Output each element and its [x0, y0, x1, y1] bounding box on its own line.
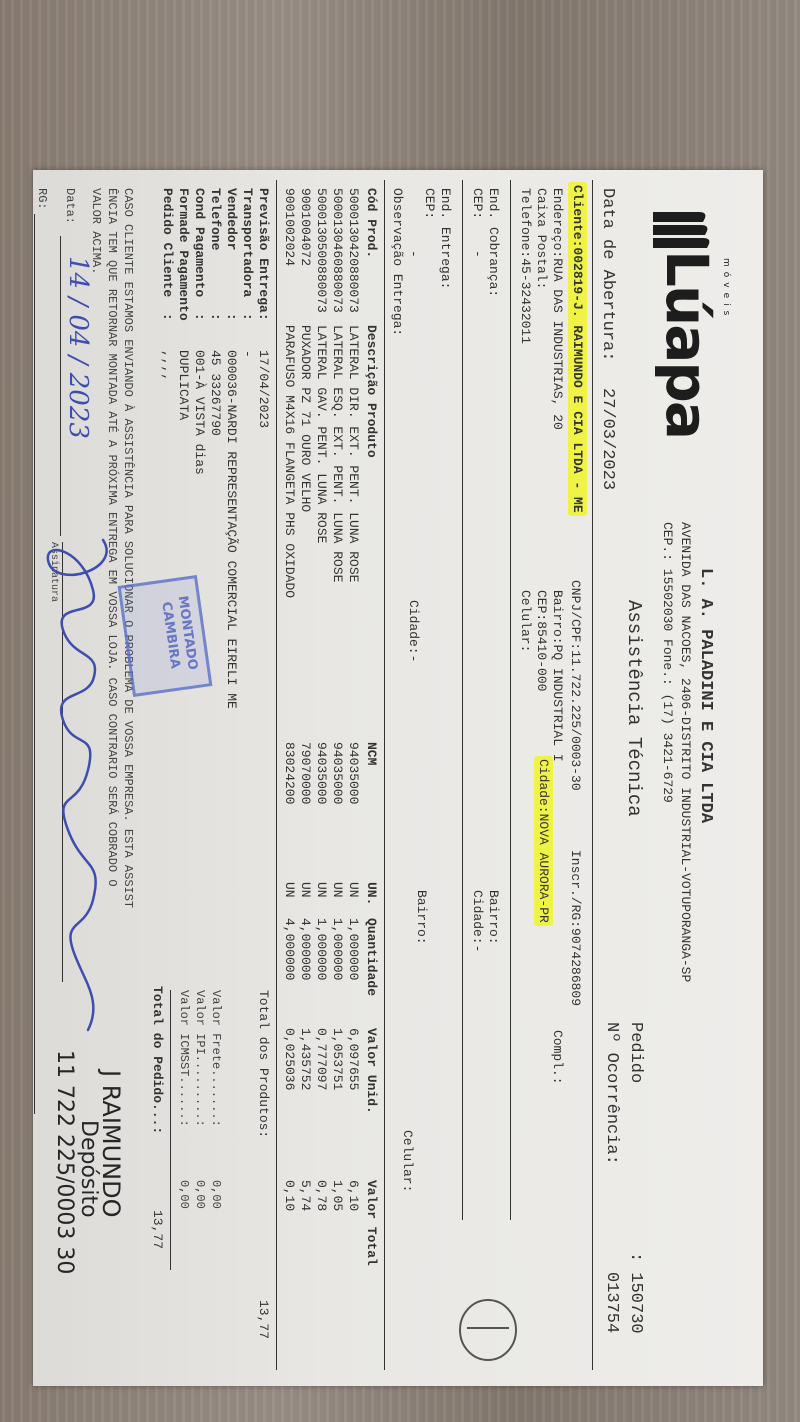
- client-cep: CEP:85410-000: [534, 590, 549, 691]
- table-header: Valor Total: [364, 1180, 379, 1266]
- table-cell: 1,000000: [330, 918, 345, 980]
- table-cell: LATERAL DIR. EXT. PENT. LUNA ROSE: [346, 325, 361, 582]
- ocorrencia-label: Nº Ocorrência:: [602, 1022, 621, 1165]
- notice-line-1: CASO CLIENTE ESTAMOS ENVIANDO À ASSISTÊN…: [121, 188, 135, 908]
- pedido-label: Pedido: [626, 1022, 645, 1083]
- cobranca-address-label: End. Cobrança:: [486, 188, 501, 297]
- opening-date: 27/03/2023: [598, 388, 617, 490]
- table-cell: 0,78: [314, 1180, 329, 1211]
- circled-number-icon: [453, 1290, 523, 1370]
- logo-subtitle: móveis: [721, 258, 731, 320]
- order-info-label: Pedido Cliente :: [160, 188, 175, 321]
- entrega-cep-label: CEP:: [422, 188, 437, 219]
- order-info-value: -: [240, 350, 255, 358]
- client-phone: Telefone:45-32432011: [518, 188, 533, 344]
- handwritten-signature-icon: [43, 530, 123, 1050]
- table-cell: UN: [346, 882, 361, 898]
- client-city: Cidade:NOVA AURORA-PR: [536, 756, 551, 926]
- table-cell: 0,777097: [314, 1028, 329, 1090]
- order-info-label: Previsão Entrega:: [256, 188, 271, 321]
- table-cell: UN: [314, 882, 329, 898]
- icmsst-value: 0,00: [177, 1180, 191, 1209]
- luapa-logo-icon: [653, 208, 711, 250]
- table-cell: 9001002024: [282, 188, 297, 266]
- total-order-label: Total do Pedido...:: [150, 986, 165, 1134]
- order-info-value: DUPLICATA: [176, 350, 191, 420]
- ocorrencia-number: 013754: [602, 1272, 621, 1333]
- entrega-cep-value: -: [406, 250, 421, 258]
- company-cep-phone: CEP.: 15502030 Fone.: (17) 3421-6729: [660, 522, 675, 803]
- total-order-value: 13,77: [150, 1210, 165, 1249]
- table-cell: 9001004072: [298, 188, 313, 266]
- cobranca-bairro-label: Bairro:: [486, 890, 501, 945]
- table-cell: 4,000000: [282, 918, 297, 980]
- frete-value: 0,00: [209, 1180, 223, 1209]
- table-cell: UN: [330, 882, 345, 898]
- table-cell: 94035000: [314, 742, 329, 804]
- client-inscricao: Inscr./RG:9074286809: [568, 850, 583, 1006]
- rg-line: [34, 214, 35, 1114]
- divider: [384, 180, 385, 1370]
- table-header: NCM: [364, 742, 379, 765]
- client-bairro: Bairro:PQ INDUSTRIAL I: [550, 590, 565, 762]
- opening-date-label: Data de Abertura:: [598, 188, 617, 361]
- table-cell: 6,097655: [346, 1028, 361, 1090]
- table-cell: 0,025036: [282, 1028, 297, 1090]
- table-cell: 1,053751: [330, 1028, 345, 1090]
- total-products-label: Total dos Produtos:: [256, 990, 271, 1138]
- order-info-value: 17/04/2023: [256, 350, 271, 428]
- table-cell: LATERAL GAV. PENT. LUNA ROSE: [314, 325, 329, 543]
- company-stamp: J RAIMUNDO: [99, 1070, 123, 1218]
- table-cell: 5000130460880073: [330, 188, 345, 313]
- table-cell: 6,10: [346, 1180, 361, 1211]
- table-cell: 1,05: [330, 1180, 345, 1211]
- company-stamp-cnpj: 11 722 225/0003 30: [53, 1050, 75, 1274]
- ipi-value: 0,00: [193, 1180, 207, 1209]
- blue-ink-stamp: MONTADO CAMBIRA: [118, 575, 213, 697]
- entrega-bairro-label: Bairro:: [414, 890, 429, 945]
- order-info-label: Formade Pagamento: [176, 188, 191, 321]
- assistencia-tecnica-document: móveis Lúapa L. A. PALADINI E CIA LTDA A…: [33, 170, 763, 1386]
- ipi-label: Valor IPI.........:: [193, 990, 207, 1127]
- table-cell: UN: [298, 882, 313, 898]
- table-cell: 4,000000: [298, 918, 313, 980]
- table-cell: 5,74: [298, 1180, 313, 1211]
- table-cell: 1,000000: [314, 918, 329, 980]
- table-cell: 94035000: [346, 742, 361, 804]
- table-cell: 94035000: [330, 742, 345, 804]
- divider: [510, 180, 511, 1220]
- order-info-label: Transportadora :: [240, 188, 255, 321]
- rg-label: RG:: [35, 188, 49, 210]
- table-cell: 0,10: [282, 1180, 297, 1211]
- client-address: Endereço:RUA DAS INDUSTRIAS, 20: [550, 188, 565, 430]
- company-stamp-depot: Depósito: [77, 1120, 99, 1218]
- client-name: Cliente:002819-J. RAIMUNDO E CIA LTDA - …: [570, 182, 585, 516]
- date-line: [60, 236, 61, 536]
- divider: [592, 180, 593, 1370]
- table-cell: LATERAL ESQ. EXT. PENT. LUNA ROSE: [330, 325, 345, 582]
- company-name: L. A. PALADINI E CIA LTDA: [696, 568, 715, 823]
- order-info-label: Vendedor :: [224, 188, 239, 321]
- table-cell: 5000130420880073: [346, 188, 361, 313]
- logo-wordmark: Lúapa: [653, 250, 721, 438]
- table-header: Valor Unid.: [364, 1028, 379, 1114]
- order-info-label: Cond Pagamento :: [192, 188, 207, 321]
- table-header: Descrição Produto: [364, 325, 379, 458]
- total-products-value: 13,77: [256, 1300, 271, 1339]
- order-info-label: Telefone :: [208, 188, 223, 321]
- date-label: Data:: [63, 188, 77, 224]
- client-cnpj: CNPJ/CPF:11.722.225/0003-30: [568, 580, 583, 791]
- divider: [170, 990, 171, 1270]
- table-header: Quantidade: [364, 918, 379, 996]
- table-cell: UN: [282, 882, 297, 898]
- cobranca-cep-label: CEP:: [470, 188, 485, 219]
- icmsst-label: Valor ICMSST......:: [177, 990, 191, 1127]
- order-info-value: 000036-NARDI REPRESENTAÇÃO COMERCIAL EIR…: [224, 350, 239, 709]
- order-info-value: ,,,,: [160, 350, 175, 381]
- cobranca-cep-value: -: [470, 250, 485, 258]
- table-cell: 83024200: [282, 742, 297, 804]
- table-cell: 1,000000: [346, 918, 361, 980]
- table-cell: 1,435752: [298, 1028, 313, 1090]
- table-cell: 5000130500880073: [314, 188, 329, 313]
- client-celular: Celular:: [518, 590, 533, 652]
- order-info-value: 001-À VISTA dias: [192, 350, 207, 475]
- frete-label: Valor Frete.......:: [209, 990, 223, 1127]
- cobranca-city: Cidade:-: [470, 890, 485, 952]
- client-caixa-postal: Caixa Postal:: [534, 188, 549, 289]
- client-compl: Compl.:: [550, 1030, 565, 1085]
- divider: [276, 180, 277, 1370]
- pedido-number: : 150730: [626, 1252, 645, 1334]
- table-header: Cód Prod.: [364, 188, 379, 258]
- table-cell: 79070000: [298, 742, 313, 804]
- company-address: AVENIDA DAS NACOES, 2406-DISTRITO INDUST…: [678, 522, 693, 982]
- divider: [462, 180, 463, 1220]
- table-cell: PUXADOR PZ 71 OURO VELHO: [298, 325, 313, 512]
- handwritten-date: 14 / 04 / 2023: [63, 256, 93, 439]
- table-cell: PARAFUSO M4X16 FLANGETA PHS OXIDADO: [282, 325, 297, 598]
- order-info-value: 45 33267790: [208, 350, 223, 436]
- table-header: UN.: [364, 882, 379, 905]
- entrega-city: Cidade:-: [406, 600, 421, 662]
- entrega-celular-label: Celular:: [400, 1130, 415, 1192]
- document-title: Assistência Técnica: [623, 600, 645, 817]
- entrega-address-label: End. Entrega:: [438, 188, 453, 289]
- entrega-observacao-label: Observação Entrega:: [390, 188, 405, 336]
